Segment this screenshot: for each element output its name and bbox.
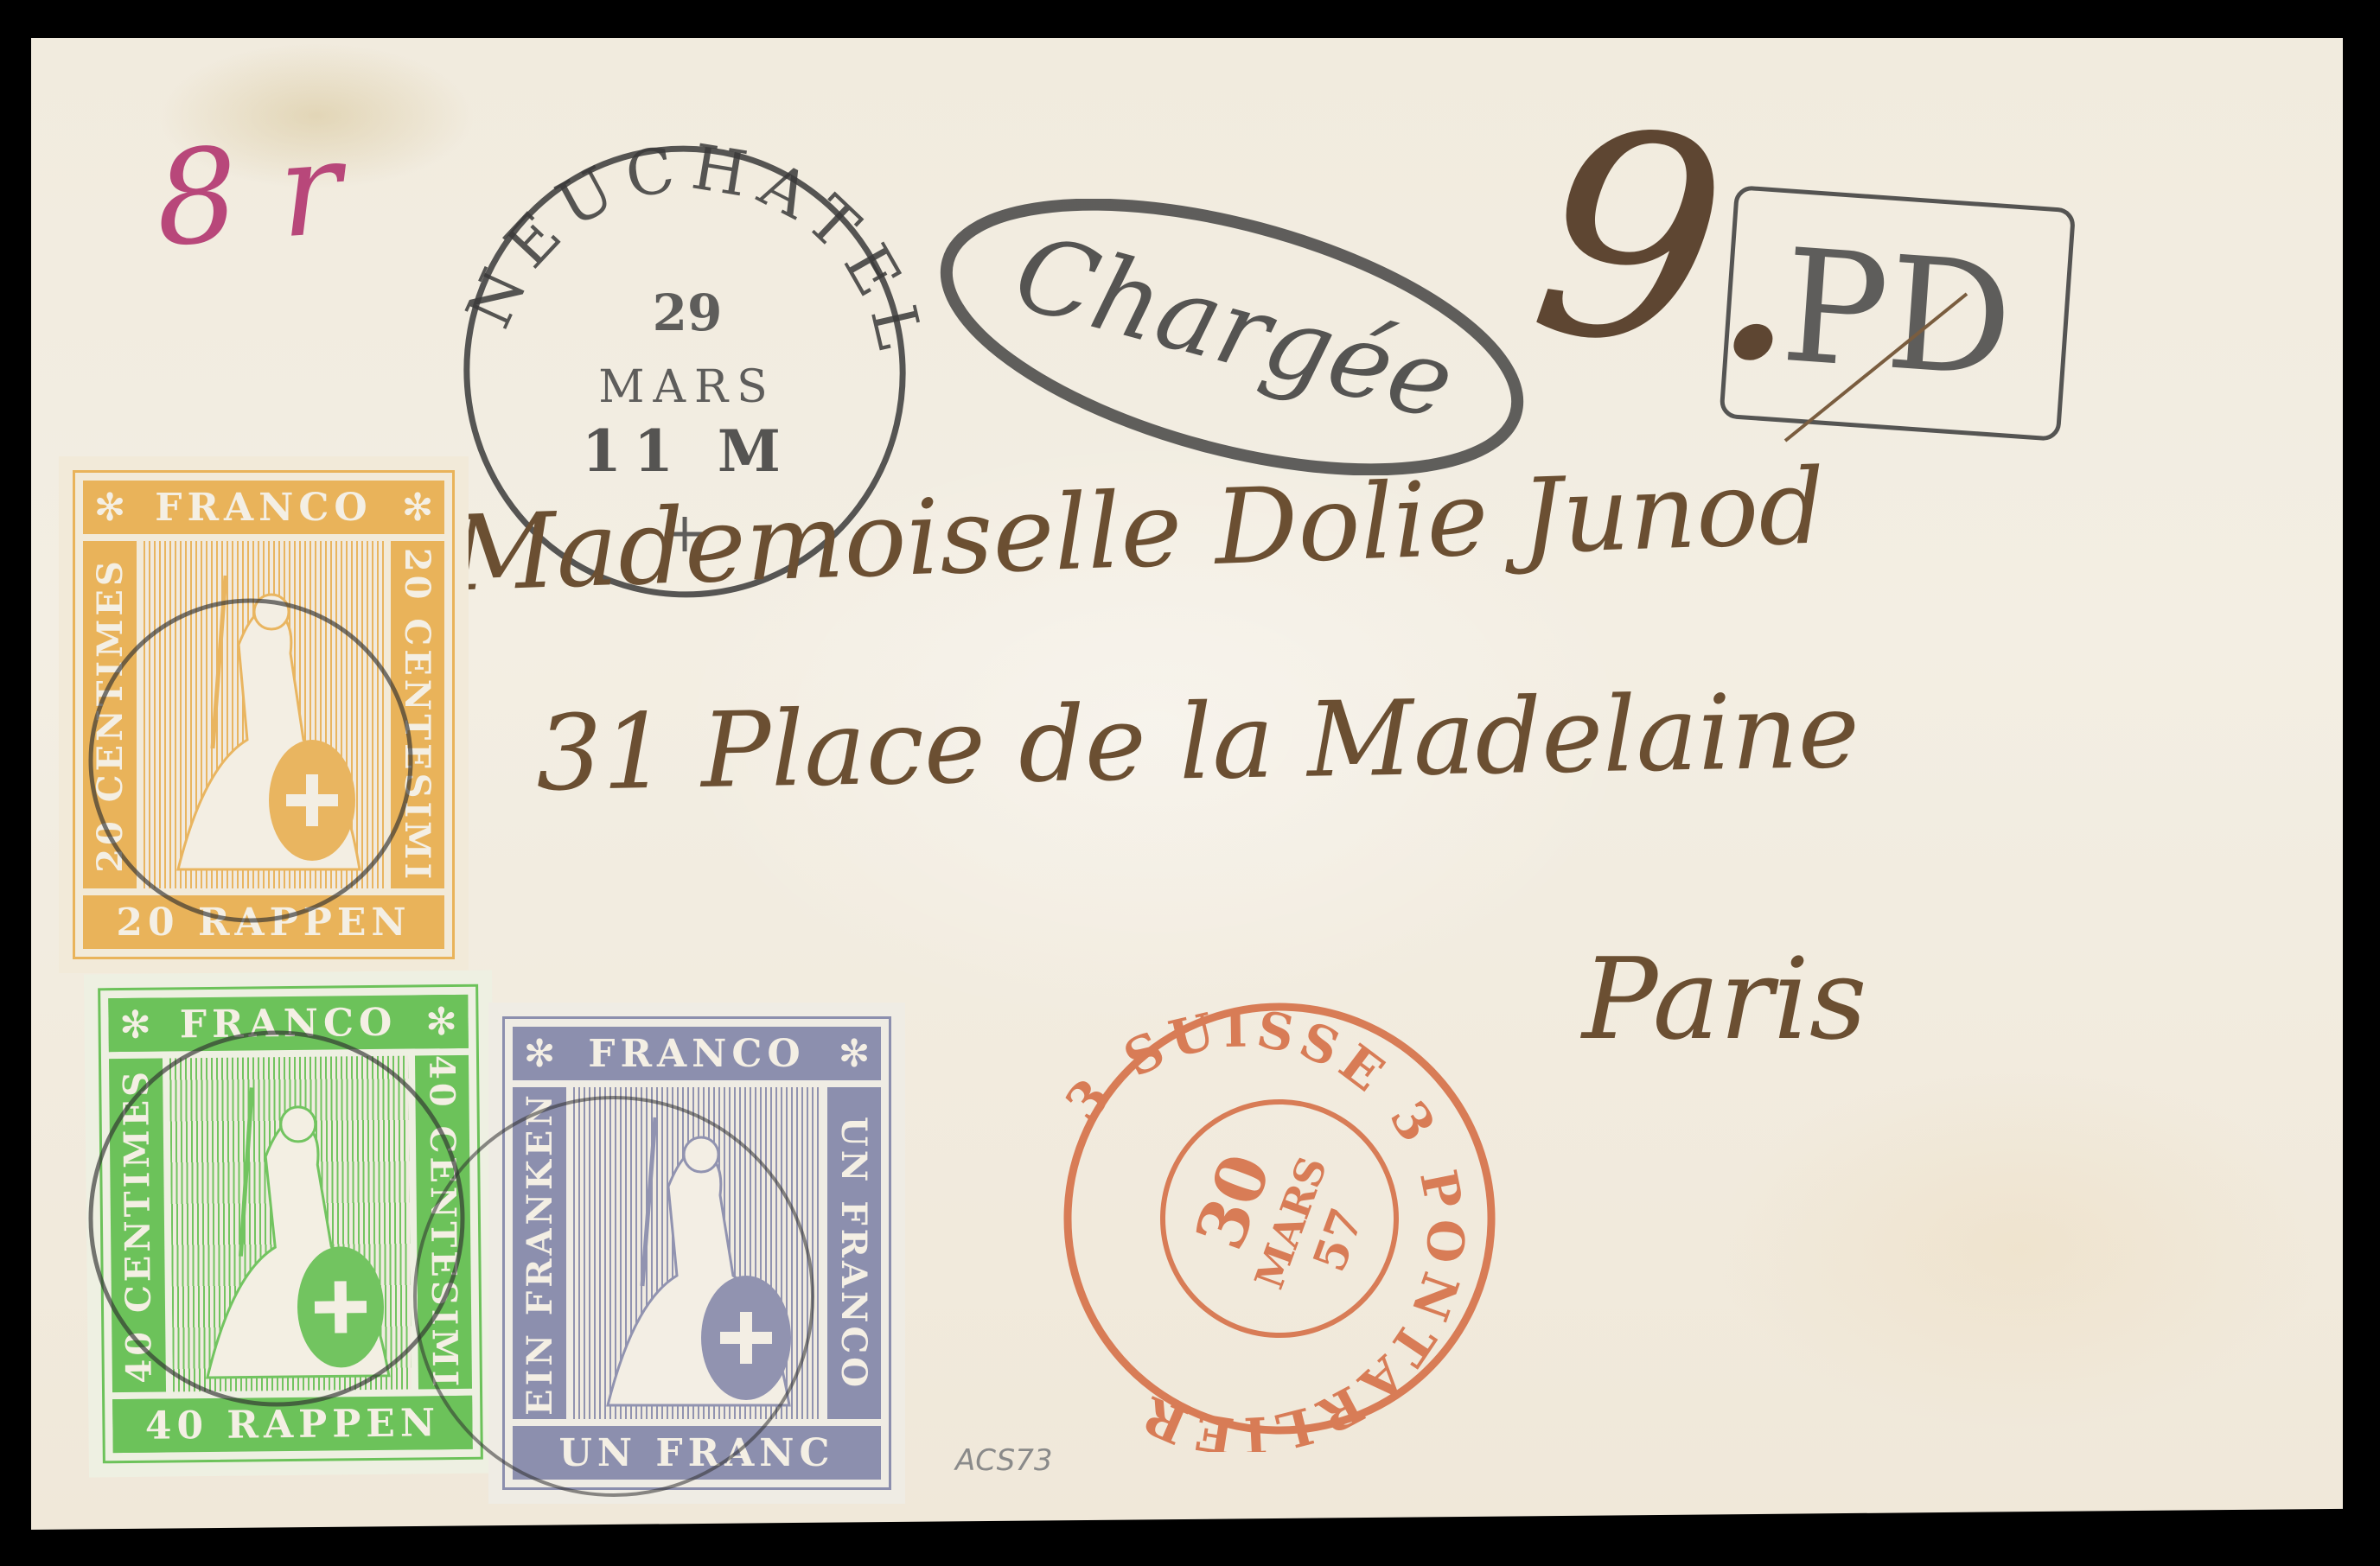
stamp-top-label: FRANCO [150,486,378,530]
pontarlier-transit-postmark: 3 SUISSE 3 PONTARLIER 30 MARS 57 [1046,985,1513,1452]
stamp-bottom-label: UN FRANC [553,1431,839,1475]
stamp-right-label: 40 CENTESIMI [421,1055,465,1390]
stamp-left-label: 40 CENTIMES [116,1067,160,1383]
transit-number-bottom: 3 [1374,1088,1454,1161]
postmark-month: MARS [598,361,776,413]
postmark-day: 29 [653,283,723,342]
stamp-left-band: 40 CENTIMES [109,1059,166,1393]
postmark-time: 11 M [582,417,793,485]
stamp-40-rappen-green: FRANCO ✻ ✻ ✻ ✻ 40 CENTIMES 40 CENTESIMI … [84,971,497,1478]
stamp-bottom-label: 40 RAPPEN [140,1401,446,1448]
chargee-text: Chargée [1003,213,1465,444]
address-line-3: Paris [1582,933,1867,1065]
corner-rate-note: 8 r [151,124,346,266]
address-line-2: 31 Place de la Madelaine [535,672,1860,815]
flower-ornament-icon: ✻ [414,995,469,1049]
stamp-right-band: 40 CENTESIMI [415,1055,472,1390]
stamp-right-band: UN FRANCO [827,1087,881,1419]
helvetia-figure-icon [144,541,384,888]
flower-ornament-icon: ✻ [391,481,444,534]
pd-boxed-handstamp: PD [1716,181,2088,449]
helvetia-vignette [144,541,384,888]
pencil-catalogue-note: ACS73 [955,1443,1052,1478]
transit-country: SUISSE [1113,985,1412,1179]
stamp-bottom-band: UN FRANC [513,1426,881,1480]
stamp-bottom-band: 20 RAPPEN [83,895,444,949]
stamp-bottom-band: 40 RAPPEN [112,1396,473,1453]
stamp-1-franken-grey: FRANCO ✻ ✻ ✻ ✻ EIN FRANKEN UN FRANCO UN … [488,1003,905,1504]
stamp-right-label: UN FRANCO [834,1116,875,1390]
stamp-20-rappen-orange: FRANCO ✻ ✻ ✻ ✻ 20 CENTIMES 20 CENTESIMI … [59,456,469,973]
helvetia-figure-icon [573,1087,820,1419]
stamp-left-band: EIN FRANKEN [513,1087,566,1419]
stamp-top-band: FRANCO [513,1027,881,1080]
helvetia-figure-icon [169,1056,412,1392]
stamp-right-label: 20 CENTESIMI [398,547,438,882]
pd-text: PD [1777,216,2018,412]
stamp-top-label: FRANCO [175,1000,403,1047]
helvetia-vignette [169,1056,412,1392]
flower-ornament-icon: ✻ [513,1027,566,1080]
flower-ornament-icon: ✻ [83,481,137,534]
stamp-left-label: EIN FRANKEN [520,1092,560,1416]
chargee-oval-handstamp: Chargée [925,199,1547,475]
helvetia-vignette [573,1087,820,1419]
stamp-bottom-label: 20 RAPPEN [111,901,416,945]
stamp-right-band: 20 CENTESIMI [391,541,444,888]
stamp-left-band: 20 CENTIMES [83,541,137,888]
flower-ornament-icon: ✻ [827,1027,881,1080]
stamp-top-label: FRANCO [583,1032,811,1076]
stamp-left-label: 20 CENTIMES [90,557,131,873]
flower-ornament-icon: ✻ [108,998,163,1053]
